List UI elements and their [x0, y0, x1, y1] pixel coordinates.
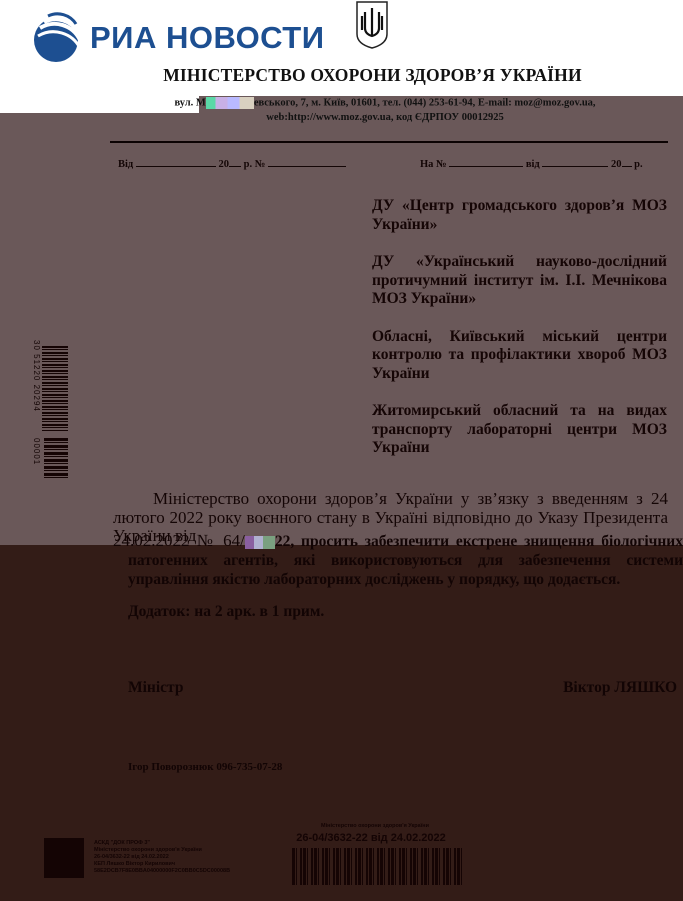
e-signature-stamp: АСКД "ДОК ПРОФ 3" Міністерство охорони з…: [94, 840, 230, 875]
signatory-name: Віктор ЛЯШКО: [563, 679, 677, 697]
to-year-label: 20: [611, 159, 622, 170]
registration-number: 26-04/3632-22 від 24.02.2022: [286, 832, 456, 844]
to-number-blank: [449, 156, 523, 167]
year-blank: [229, 156, 241, 167]
executor-contact: Ігор Поворознюк 096-735-07-28: [128, 761, 282, 773]
addressee: ДУ «Український науково-дослідний протич…: [372, 253, 667, 309]
registration-caption: Міністерство охорони здоров'я України: [290, 823, 460, 829]
vertical-barcode: 30 51220 20294 00001: [30, 340, 70, 478]
outgoing-reference: Від 20 р. №: [118, 156, 346, 170]
ministry-title: МІНІСТЕРСТВО ОХОРОНИ ЗДОРОВ’Я УКРАЇНИ: [0, 65, 683, 86]
barcode-bars: [42, 346, 68, 431]
coat-of-arms-icon: [355, 0, 389, 50]
incoming-reference: На № від 20 р.: [420, 156, 643, 170]
to-year-blank: [622, 156, 632, 167]
esig-key: 58E2DCB7F8E0BBA04000000F2C0BB0C5DC00008B: [94, 868, 230, 875]
qr-code: [44, 838, 84, 878]
to-year-suffix: р.: [634, 159, 642, 170]
body-paragraph-continued: 24.02.2022 № 64/22, просить забезпечити …: [128, 531, 683, 589]
addressee: ДУ «Центр громадського здоров’я МОЗ Укра…: [372, 197, 667, 234]
globe-icon: [30, 12, 82, 64]
image-artifact: [206, 97, 254, 109]
from-label: Від: [118, 159, 133, 170]
number-blank: [268, 156, 346, 167]
addressee-list: ДУ «Центр громадського здоров’я МОЗ Укра…: [372, 197, 667, 477]
address-line-1: вул. Мевського, 7, м. Київ, 01601, тел. …: [150, 97, 620, 109]
brand-name: РИА НОВОСТИ: [90, 20, 325, 56]
barcode-suffix: 00001: [32, 438, 41, 465]
year-label: 20: [218, 159, 229, 170]
addressee: Обласні, Київський міський центри контро…: [372, 328, 667, 384]
decree-number: 24.02.2022 № 64/: [113, 531, 245, 550]
signatory-title: Міністр: [128, 679, 183, 697]
esig-doc: 26-04/3632-22 від 24.02.2022: [94, 854, 230, 861]
number-label: р. №: [244, 159, 266, 170]
date-blank: [136, 156, 216, 167]
address-prefix: вул. М: [174, 97, 205, 108]
header-divider: [110, 141, 668, 143]
image-artifact: [245, 536, 275, 549]
addressee: Житомирський обласний та на видах трансп…: [372, 402, 667, 458]
registration-barcode: [292, 848, 462, 885]
barcode-bars: [44, 438, 68, 478]
attachment-note: Додаток: на 2 арк. в 1 прим.: [128, 603, 324, 621]
to-label: На №: [420, 159, 447, 170]
esig-org: Міністерство охорони здоров'я України: [94, 847, 230, 854]
to-date-label: від: [526, 159, 540, 170]
to-date-blank: [542, 156, 608, 167]
esig-signer: КЕП Ляшко Віктор Кирилович: [94, 861, 230, 868]
barcode-number: 30 51220 20294: [32, 340, 41, 412]
address-line-2: web:http://www.moz.gov.ua, код ЄДРПОУ 00…: [150, 112, 620, 123]
address-text: евського, 7, м. Київ, 01601, тел. (044) …: [254, 97, 596, 108]
ria-novosti-logo: РИА НОВОСТИ: [30, 12, 325, 64]
esig-system: АСКД "ДОК ПРОФ 3": [94, 840, 230, 847]
